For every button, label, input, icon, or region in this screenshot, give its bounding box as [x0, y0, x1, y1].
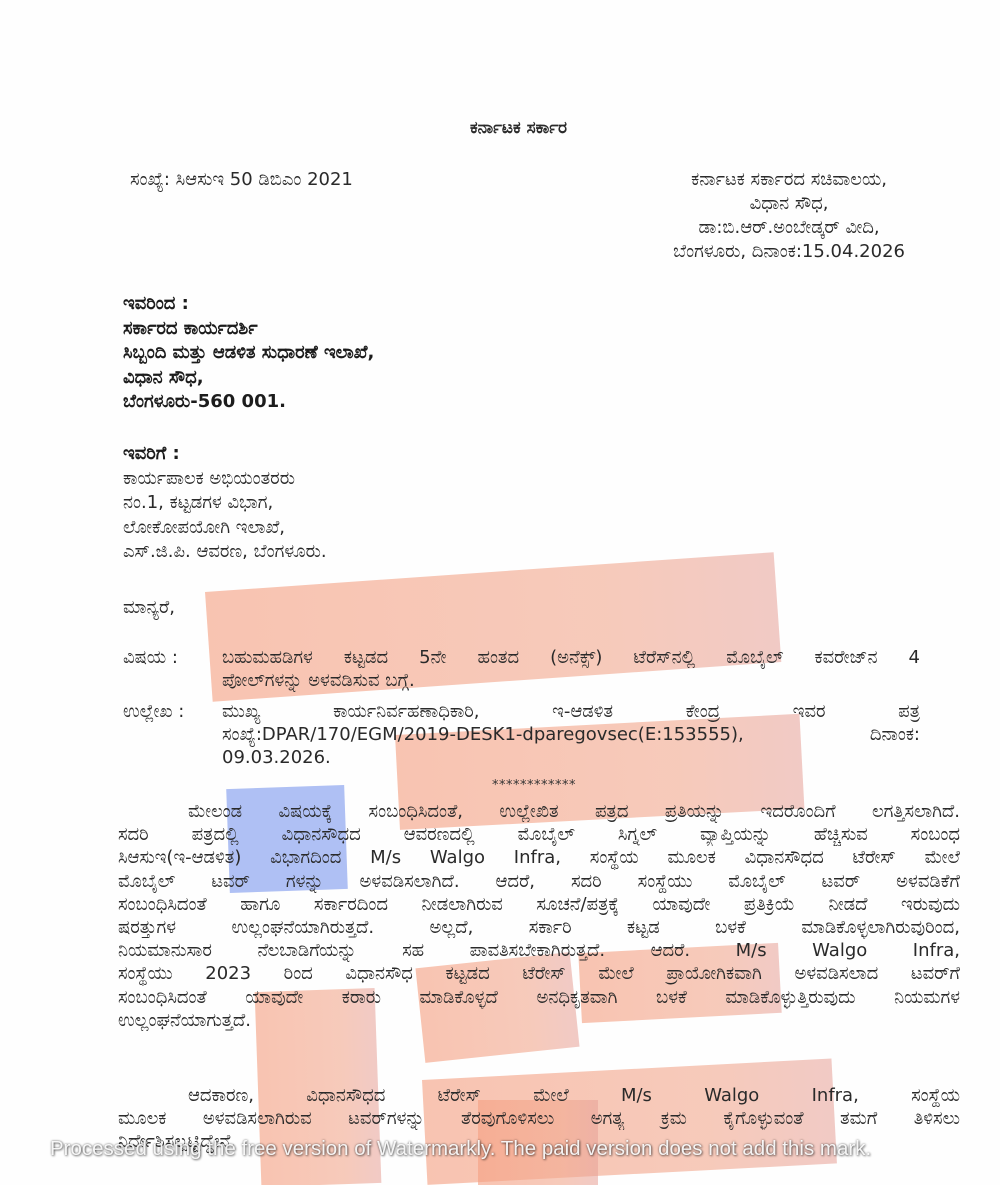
to-label: ಇವರಿಗೆ : — [123, 442, 327, 467]
reference-label: ಉಲ್ಲೇಖ : — [123, 700, 218, 723]
paragraph-line: ಸಂಬಂಧಿಸಿದಂತೆ ಹಾಗೂ ಸರ್ಕಾರದಿಂದ ನೀಡಲಾಗಿರುವ … — [118, 893, 960, 916]
address-line: ಕರ್ನಾಟಕ ಸರ್ಕಾರದ ಸಚಿವಾಲಯ, — [673, 168, 905, 192]
paragraph-line: ಸದರಿ ಪತ್ರದಲ್ಲಿ ವಿಧಾನಸೌಧದ ಆವರಣದಲ್ಲಿ ಮೊಬೈಲ… — [118, 823, 960, 846]
paragraph-line: ಆದಕಾರಣ, ವಿಧಾನಸೌಧದ ಟೆರೇಸ್ ಮೇಲೆ M/s Walgo … — [118, 1084, 960, 1107]
sender-address-block: ಕರ್ನಾಟಕ ಸರ್ಕಾರದ ಸಚಿವಾಲಯ, ವಿಧಾನ ಸೌಧ, ಡಾ:ಬ… — [673, 168, 905, 264]
to-line: ಕಾರ್ಯಪಾಲಕ ಅಭಿಯಂತರರು — [123, 467, 327, 492]
paragraph-line: ನಿಯಮಾನುಸಾರ ನೆಲಬಾಡಿಗೆಯನ್ನು ಸಹ ಪಾವತಿಸಬೇಕಾಗ… — [118, 939, 960, 962]
paragraph-line: ಸಿಆಸುಇ(ಇ-ಆಡಳಿತ) ವಿಭಾಗದಿಂದ M/s Walgo Infr… — [118, 846, 960, 869]
reference-line: 09.03.2026. — [222, 746, 920, 769]
body-paragraph-1: ಮೇಲಂಡ ವಿಷಯಕ್ಕೆ ಸಂಬಂಧಿಸಿದಂತೆ, ಉಲ್ಲೇಖಿತ ಪತ… — [118, 800, 960, 1032]
paragraph-line: ಮೊಬೈಲ್ ಟವರ್ ಗಳನ್ನು ಅಳವಡಿಸಲಾಗಿದೆ. ಆದರೆ, ಸ… — [118, 870, 960, 893]
from-line: ವಿಧಾನ ಸೌಧ, — [123, 366, 374, 391]
reference-number: ಸಂಖ್ಯೆ: ಸಿಆಸುಇ 50 ಡಿಬಿಎಂ 2021 — [130, 168, 353, 191]
document-heading: ಕರ್ನಾಟಕ ಸರ್ಕಾರ — [470, 117, 567, 140]
to-line: ಎಸ್.ಜಿ.ಪಿ. ಆವರಣ, ಬೆಂಗಳೂರು. — [123, 540, 327, 565]
reference-line: ಸಂಖ್ಯೆ:DPAR/170/EGM/2019-DESK1-dparegovs… — [222, 723, 920, 746]
reference-line: ಮುಖ್ಯ ಕಾರ್ಯನಿರ್ವಹಣಾಧಿಕಾರಿ, ಇ-ಆಡಳಿತ ಕೇಂದ್… — [222, 700, 920, 723]
from-line: ಸರ್ಕಾರದ ಕಾರ್ಯದರ್ಶಿ — [123, 317, 374, 342]
subject-line: ಪೋಲ್‌ಗಳನ್ನು ಅಳವಡಿಸುವ ಬಗ್ಗೆ. — [222, 669, 920, 692]
reference-text: ಮುಖ್ಯ ಕಾರ್ಯನಿರ್ವಹಣಾಧಿಕಾರಿ, ಇ-ಆಡಳಿತ ಕೇಂದ್… — [222, 700, 920, 769]
address-date-line: ಬೆಂಗಳೂರು, ದಿನಾಂಕ:15.04.2026 — [673, 240, 905, 264]
from-label: ಇವರಿಂದ : — [123, 292, 374, 317]
from-line: ಸಿಬ್ಬಂದಿ ಮತ್ತು ಆಡಳಿತ ಸುಧಾರಣೆ ಇಲಾಖೆ, — [123, 341, 374, 366]
paragraph-line: ಸಂಸ್ಥೆಯು 2023 ರಿಂದ ವಿಧಾನಸೌಧ ಕಟ್ಟಡದ ಟೆರೇಸ… — [118, 962, 960, 985]
text-layer: ಕರ್ನಾಟಕ ಸರ್ಕಾರ ಸಂಖ್ಯೆ: ಸಿಆಸುಇ 50 ಡಿಬಿಎಂ … — [0, 0, 1000, 1185]
from-block: ಇವರಿಂದ : ಸರ್ಕಾರದ ಕಾರ್ಯದರ್ಶಿ ಸಿಬ್ಬಂದಿ ಮತ್… — [123, 292, 374, 415]
to-line: ನಂ.1, ಕಟ್ಟಡಗಳ ವಿಭಾಗ, — [123, 491, 327, 516]
to-block: ಇವರಿಗೆ : ಕಾರ್ಯಪಾಲಕ ಅಭಿಯಂತರರು ನಂ.1, ಕಟ್ಟಡ… — [123, 442, 327, 565]
subject-line: ಬಹುಮಹಡಿಗಳ ಕಟ್ಟಡದ 5ನೇ ಹಂತದ (ಅನೆಕ್ಸ್) ಟೆರೆ… — [222, 646, 920, 669]
salutation: ಮಾನ್ಯರೆ, — [123, 596, 175, 619]
subject-text: ಬಹುಮಹಡಿಗಳ ಕಟ್ಟಡದ 5ನೇ ಹಂತದ (ಅನೆಕ್ಸ್) ಟೆರೆ… — [222, 646, 920, 692]
address-line: ಡಾ:ಬಿ.ಆರ್.ಅಂಬೇಡ್ಕರ್ ವೀದಿ, — [673, 216, 905, 240]
watermark-text: Processed using the free version of Wate… — [50, 1137, 950, 1161]
paragraph-line: ಸಂಬಂಧಿಸಿದಂತೆ ಯಾವುದೇ ಕರಾರು ಮಾಡಿಕೊಳ್ಳದೆ ಅನ… — [118, 986, 960, 1009]
subject-label: ವಿಷಯ : — [123, 646, 218, 669]
paragraph-line: ಮೇಲಂಡ ವಿಷಯಕ್ಕೆ ಸಂಬಂಧಿಸಿದಂತೆ, ಉಲ್ಲೇಖಿತ ಪತ… — [118, 800, 960, 823]
paragraph-line: ಮೂಲಕ ಅಳವಡಿಸಲಾಗಿರುವ ಟವರ್‌ಗಳನ್ನು ತೆರವುಗೊಳಿ… — [118, 1107, 960, 1130]
paragraph-line: ಷರತ್ತುಗಳ ಉಲ್ಲಂಘನೆಯಾಗಿರುತ್ತದೆ. ಅಲ್ಲದೆ, ಸರ… — [118, 916, 960, 939]
paragraph-line: ಉಲ್ಲಂಘನೆಯಾಗುತ್ತದೆ. — [118, 1009, 960, 1032]
address-line: ವಿಧಾನ ಸೌಧ, — [673, 192, 905, 216]
document-page: ಕರ್ನಾಟಕ ಸರ್ಕಾರ ಸಂಖ್ಯೆ: ಸಿಆಸುಇ 50 ಡಿಬಿಎಂ … — [0, 0, 1000, 1185]
to-line: ಲೋಕೋಪಯೋಗಿ ಇಲಾಖೆ, — [123, 516, 327, 541]
separator-stars: ************ — [492, 774, 576, 797]
from-line: ಬೆಂಗಳೂರು-560 001. — [123, 390, 374, 415]
